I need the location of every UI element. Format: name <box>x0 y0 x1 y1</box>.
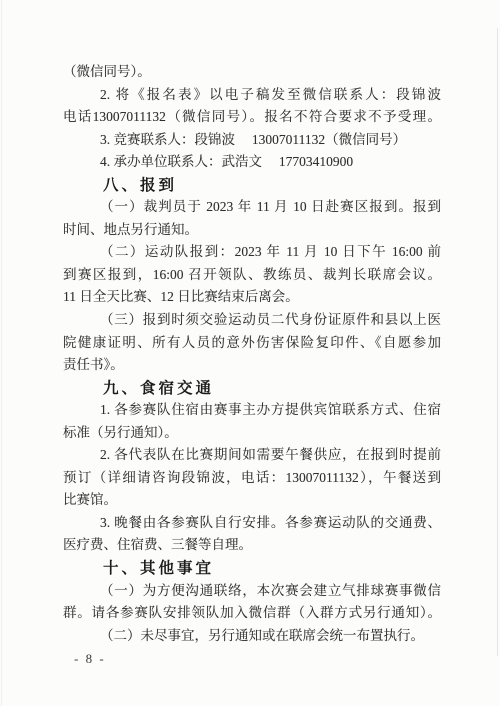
text-line: 时间、地点另行通知。 <box>63 219 441 242</box>
text-line: （三）报到时须交验运动员二代身份证原件和县以上医 <box>63 309 441 332</box>
text-line: 医疗费、住宿费、三餐等自理。 <box>63 534 441 557</box>
section-heading: 九、食宿交通 <box>63 377 441 400</box>
text-line: （一）为方便沟通联络，本次赛会建立气排球赛事微信 <box>63 580 441 603</box>
text-line: 群。请各参赛队安排领队加入微信群（入群方式另行通知）。 <box>63 602 441 625</box>
page-number: - 8 - <box>74 651 106 667</box>
scan-edge-left <box>1 0 2 706</box>
text-line: 责任书》。 <box>63 354 441 377</box>
text-line: 到赛区报到，16:00 召开领队、教练员、裁判长联席会议。 <box>63 264 441 287</box>
section-heading: 十、其他事宜 <box>63 557 441 580</box>
text-line: 比赛馆。 <box>63 489 441 512</box>
text-line: 1. 各参赛队住宿由赛事主办方提供宾馆联系方式、住宿 <box>63 399 441 422</box>
text-line: 院健康证明、所有人员的意外伤害保险复印件、《自愿参加 <box>63 332 441 355</box>
text-line: （一）裁判员于 2023 年 11 月 10 日赴赛区报到。报到 <box>63 196 441 219</box>
text-line: 2. 将《报名表》以电子稿发至微信联系人：段锦波 <box>63 84 441 107</box>
document-page: （微信同号）。2. 将《报名表》以电子稿发至微信联系人：段锦波电话1300701… <box>0 0 500 706</box>
section-heading: 八、报到 <box>63 174 441 197</box>
text-line: 标准（另行通知）。 <box>63 422 441 445</box>
document-text-block: （微信同号）。2. 将《报名表》以电子稿发至微信联系人：段锦波电话1300701… <box>63 61 441 647</box>
text-line: （二）未尽事宜，另行通知或在联席会统一布置执行。 <box>63 625 441 648</box>
text-line: 3. 竞赛联系人：段锦波 13007011132（微信同号） <box>63 129 441 152</box>
text-line: 3. 晚餐由各参赛队自行安排。各参赛运动队的交通费、 <box>63 512 441 535</box>
text-line: （二）运动队报到：2023 年 11 月 10 日下午 16:00 前 <box>63 241 441 264</box>
text-line: 4. 承办单位联系人：武浩文 17703410900 <box>63 151 441 174</box>
scan-edge-right <box>497 28 498 656</box>
text-line: （微信同号）。 <box>63 61 441 84</box>
text-line: 电话13007011132（微信同号）。报名不符合要求不予受理。 <box>63 106 441 129</box>
text-line: 11 日全天比赛、12 日比赛结束后离会。 <box>63 286 441 309</box>
text-line: 预订（详细请咨询段锦波，电话：13007011132），午餐送到 <box>63 467 441 490</box>
text-line: 2. 各代表队在比赛期间如需要午餐供应，在报到时提前 <box>63 444 441 467</box>
